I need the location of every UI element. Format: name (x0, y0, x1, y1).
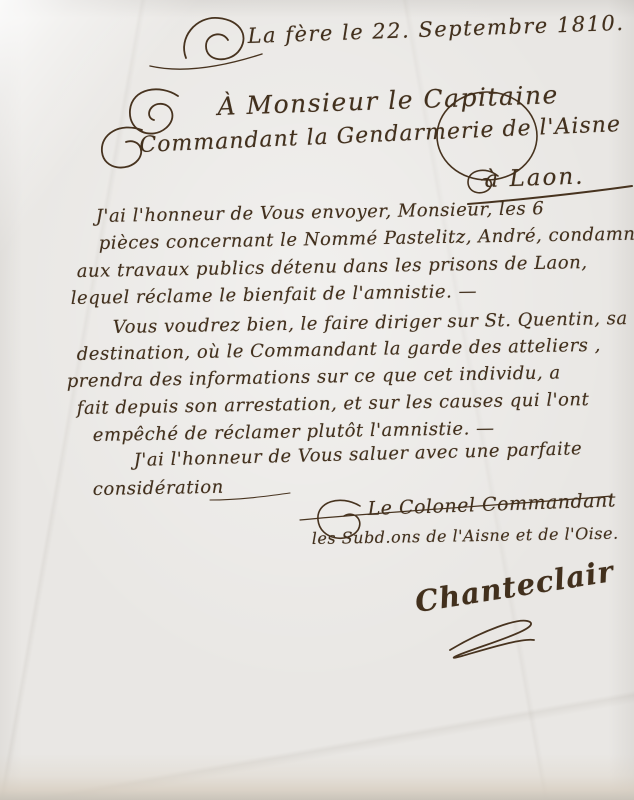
body-line: pièces concernant le Nommé Pastelitz, An… (99, 223, 634, 254)
closing-line-2: considération (93, 477, 224, 500)
signoff-title-line-2: les Subd.ons de l'Aisne et de l'Oise. (312, 524, 619, 548)
body-line: lequel réclame le bienfait de l'amnistie… (71, 281, 478, 309)
recipient-line-2: Commandant la Gendarmerie de l'Aisne (139, 112, 622, 158)
signature: Chanteclair (413, 554, 617, 619)
body-line: Vous voudrez bien, le faire diriger sur … (113, 308, 628, 338)
recipient-line-1: À Monsieur le Capitaine (217, 80, 559, 121)
body-line: prendra des informations sur ce que cet … (67, 362, 561, 392)
letter-photo: La fère le 22. Septembre 1810. À Monsieu… (0, 0, 634, 800)
body-line: J'ai l'honneur de Vous envoyer, Monsieur… (96, 198, 545, 227)
recipient-a-flourish (130, 89, 178, 133)
dateline: La fère le 22. Septembre 1810. (247, 11, 625, 48)
date-underline-flourish (150, 54, 262, 69)
body-line: fait depuis son arrestation, et sur les … (77, 389, 590, 419)
recipient-line-3: à Laon. (484, 164, 585, 193)
signoff-title-line-1: Le Colonel Commandant (367, 489, 616, 520)
commandant-c-flourish (102, 127, 142, 167)
body-line: destination, où le Commandant la garde d… (77, 335, 601, 365)
body-line: aux travaux publics détenu dans les pris… (77, 252, 588, 282)
date-initial-flourish (184, 18, 243, 59)
signature-paraph (450, 621, 534, 658)
